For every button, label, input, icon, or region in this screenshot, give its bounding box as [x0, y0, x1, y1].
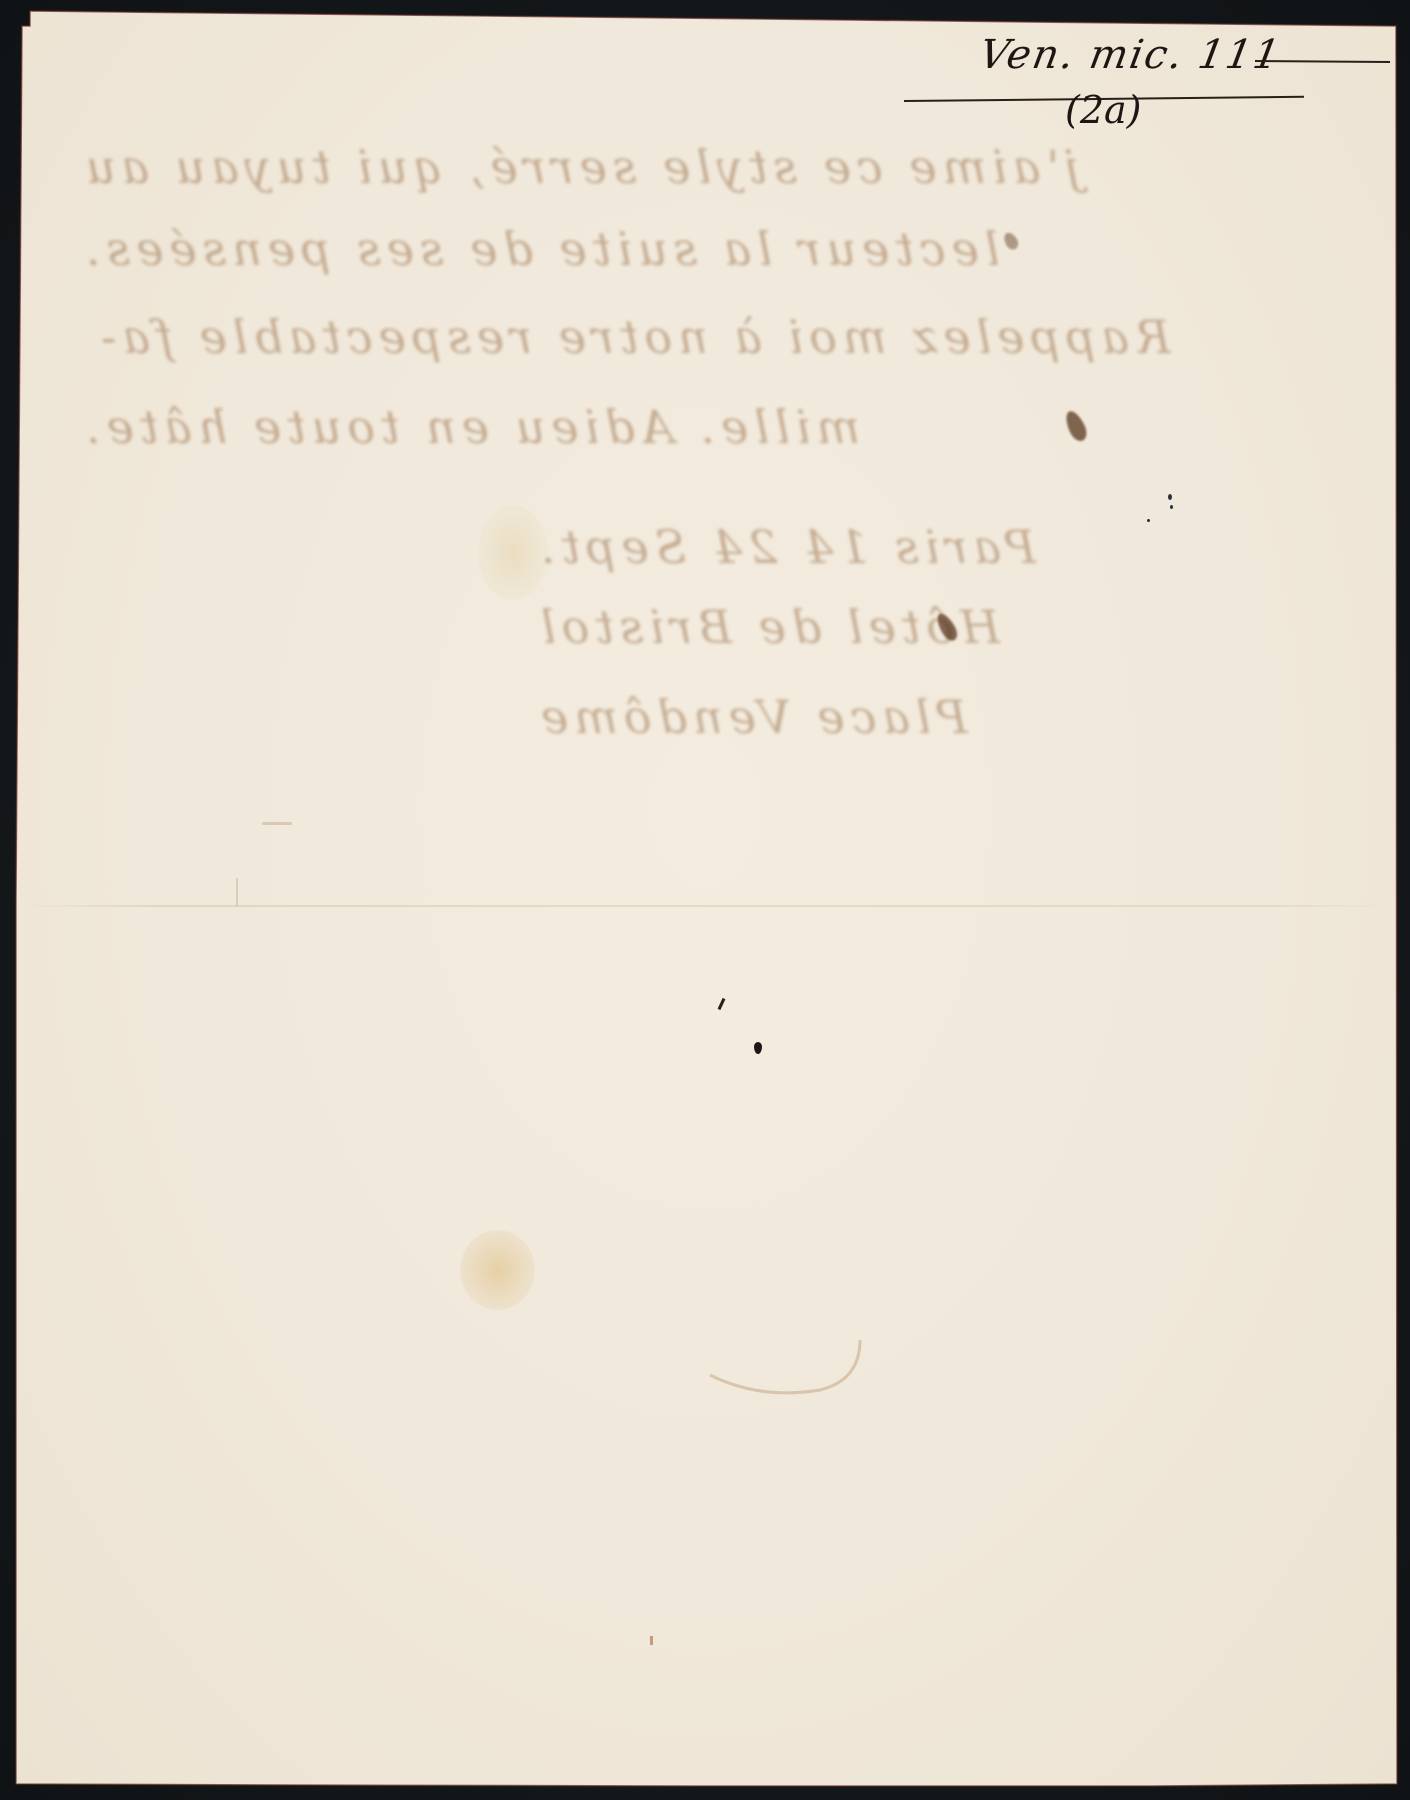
faint-vertical-mark [236, 878, 238, 906]
arc-stain-mark [700, 1320, 880, 1400]
sheet-number: (2a) [1065, 88, 1141, 132]
small-brown-mark [650, 1636, 653, 1645]
paper-sheet [0, 0, 1410, 1800]
fold-crease [18, 905, 1396, 907]
archival-annotation: Ven. mic. 111 (2a) [890, 20, 1390, 140]
faint-dash-mark [262, 822, 292, 825]
ink-speck [1168, 494, 1172, 500]
ink-speck [1147, 519, 1150, 522]
ink-speck [1170, 505, 1173, 509]
reference-number: Ven. mic. 111 [976, 32, 1285, 78]
